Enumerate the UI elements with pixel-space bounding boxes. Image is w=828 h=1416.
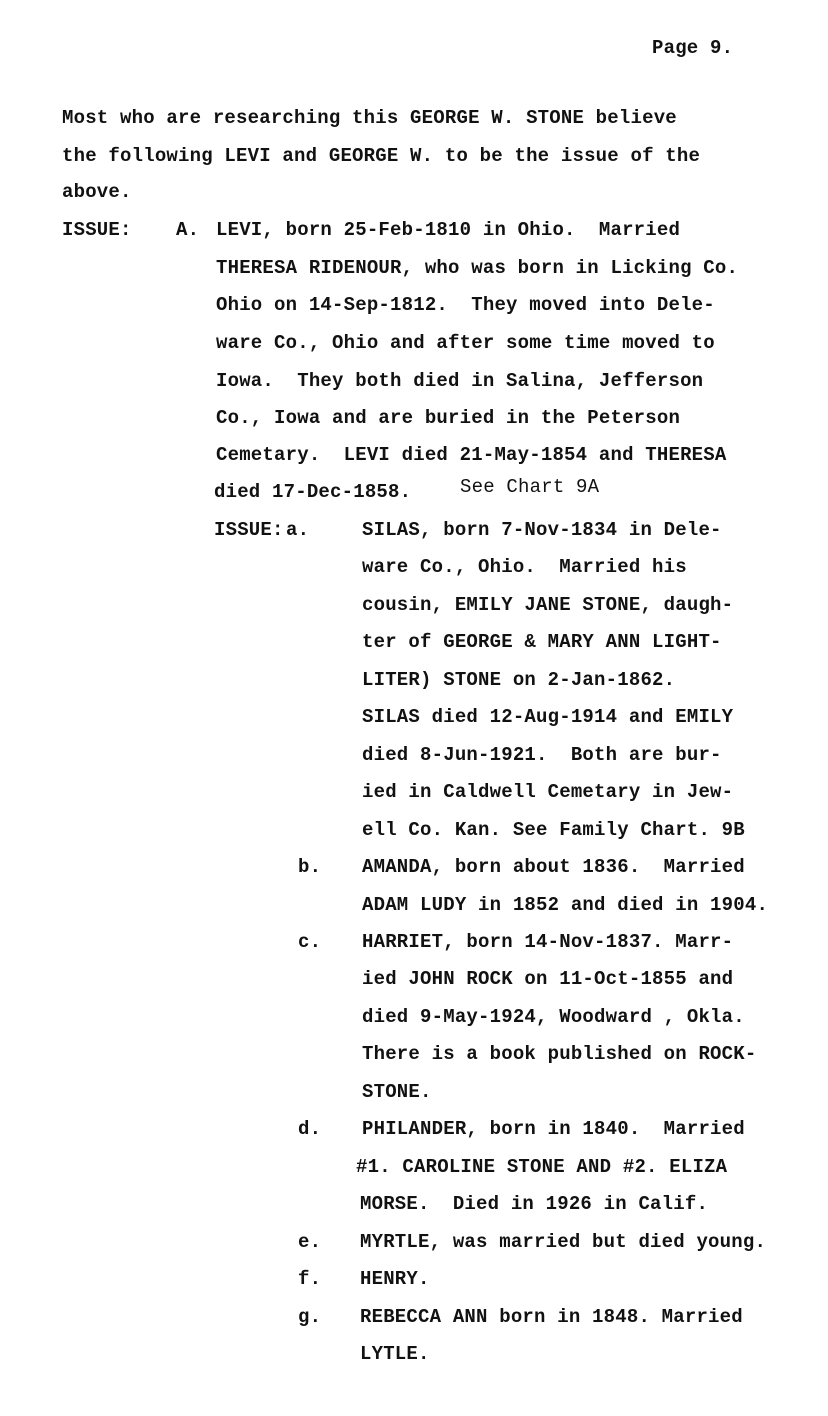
entry-letter: g. — [298, 1305, 321, 1329]
entry-line: STONE. — [362, 1080, 432, 1104]
entry-letter: d. — [298, 1117, 321, 1141]
entry-line: LYTLE. — [360, 1342, 430, 1366]
entry-line: AMANDA, born about 1836. Married — [362, 855, 745, 879]
entry-line: ware Co., Ohio and after some time moved… — [216, 331, 715, 355]
entry-letter: b. — [298, 855, 321, 879]
entry-letter: A. — [176, 218, 199, 242]
page-number: Page 9. — [652, 36, 733, 60]
entry-line: MYRTLE, was married but died young. — [360, 1230, 766, 1254]
entry-line: THERESA RIDENOUR, who was born in Lickin… — [216, 256, 738, 280]
entry-line: HENRY. — [360, 1267, 430, 1291]
entry-line: ied JOHN ROCK on 11-Oct-1855 and — [362, 967, 733, 991]
issue-label: ISSUE: — [62, 218, 132, 242]
entry-line: ied in Caldwell Cemetary in Jew- — [362, 780, 733, 804]
entry-line: Cemetary. LEVI died 21-May-1854 and THER… — [216, 443, 726, 467]
entry-line: #1. CAROLINE STONE AND #2. ELIZA — [356, 1155, 727, 1179]
entry-line: ter of GEORGE & MARY ANN LIGHT- — [362, 630, 722, 654]
entry-line: Iowa. They both died in Salina, Jefferso… — [216, 369, 703, 393]
intro-line: above. — [62, 180, 132, 204]
entry-line: LEVI, born 25-Feb-1810 in Ohio. Married — [216, 218, 680, 242]
intro-line: Most who are researching this GEORGE W. … — [62, 106, 677, 130]
entry-line: HARRIET, born 14-Nov-1837. Marr- — [362, 930, 733, 954]
entry-line: died 17-Dec-1858. — [214, 480, 411, 504]
entry-line: Co., Iowa and are buried in the Peterson — [216, 406, 680, 430]
entry-letter: f. — [298, 1267, 321, 1291]
children-issue-label: ISSUE: — [214, 518, 284, 542]
intro-line: the following LEVI and GEORGE W. to be t… — [62, 144, 700, 168]
entry-line: ADAM LUDY in 1852 and died in 1904. — [362, 893, 768, 917]
entry-line: cousin, EMILY JANE STONE, daugh- — [362, 593, 733, 617]
entry-line: ware Co., Ohio. Married his — [362, 555, 687, 579]
entry-line: MORSE. Died in 1926 in Calif. — [360, 1192, 708, 1216]
entry-line: Ohio on 14-Sep-1812. They moved into Del… — [216, 293, 715, 317]
chart-note: See Chart 9A — [460, 475, 599, 499]
entry-line: died 8-Jun-1921. Both are bur- — [362, 743, 722, 767]
entry-line: PHILANDER, born in 1840. Married — [362, 1117, 745, 1141]
entry-letter: e. — [298, 1230, 321, 1254]
entry-line: SILAS died 12-Aug-1914 and EMILY — [362, 705, 733, 729]
entry-letter: a. — [286, 518, 309, 542]
entry-line: REBECCA ANN born in 1848. Married — [360, 1305, 743, 1329]
entry-line: There is a book published on ROCK- — [362, 1042, 756, 1066]
entry-line: SILAS, born 7-Nov-1834 in Dele- — [362, 518, 722, 542]
entry-line: ell Co. Kan. See Family Chart. 9B — [362, 818, 745, 842]
entry-letter: c. — [298, 930, 321, 954]
entry-line: LITER) STONE on 2-Jan-1862. — [362, 668, 675, 692]
entry-line: died 9-May-1924, Woodward , Okla. — [362, 1005, 745, 1029]
